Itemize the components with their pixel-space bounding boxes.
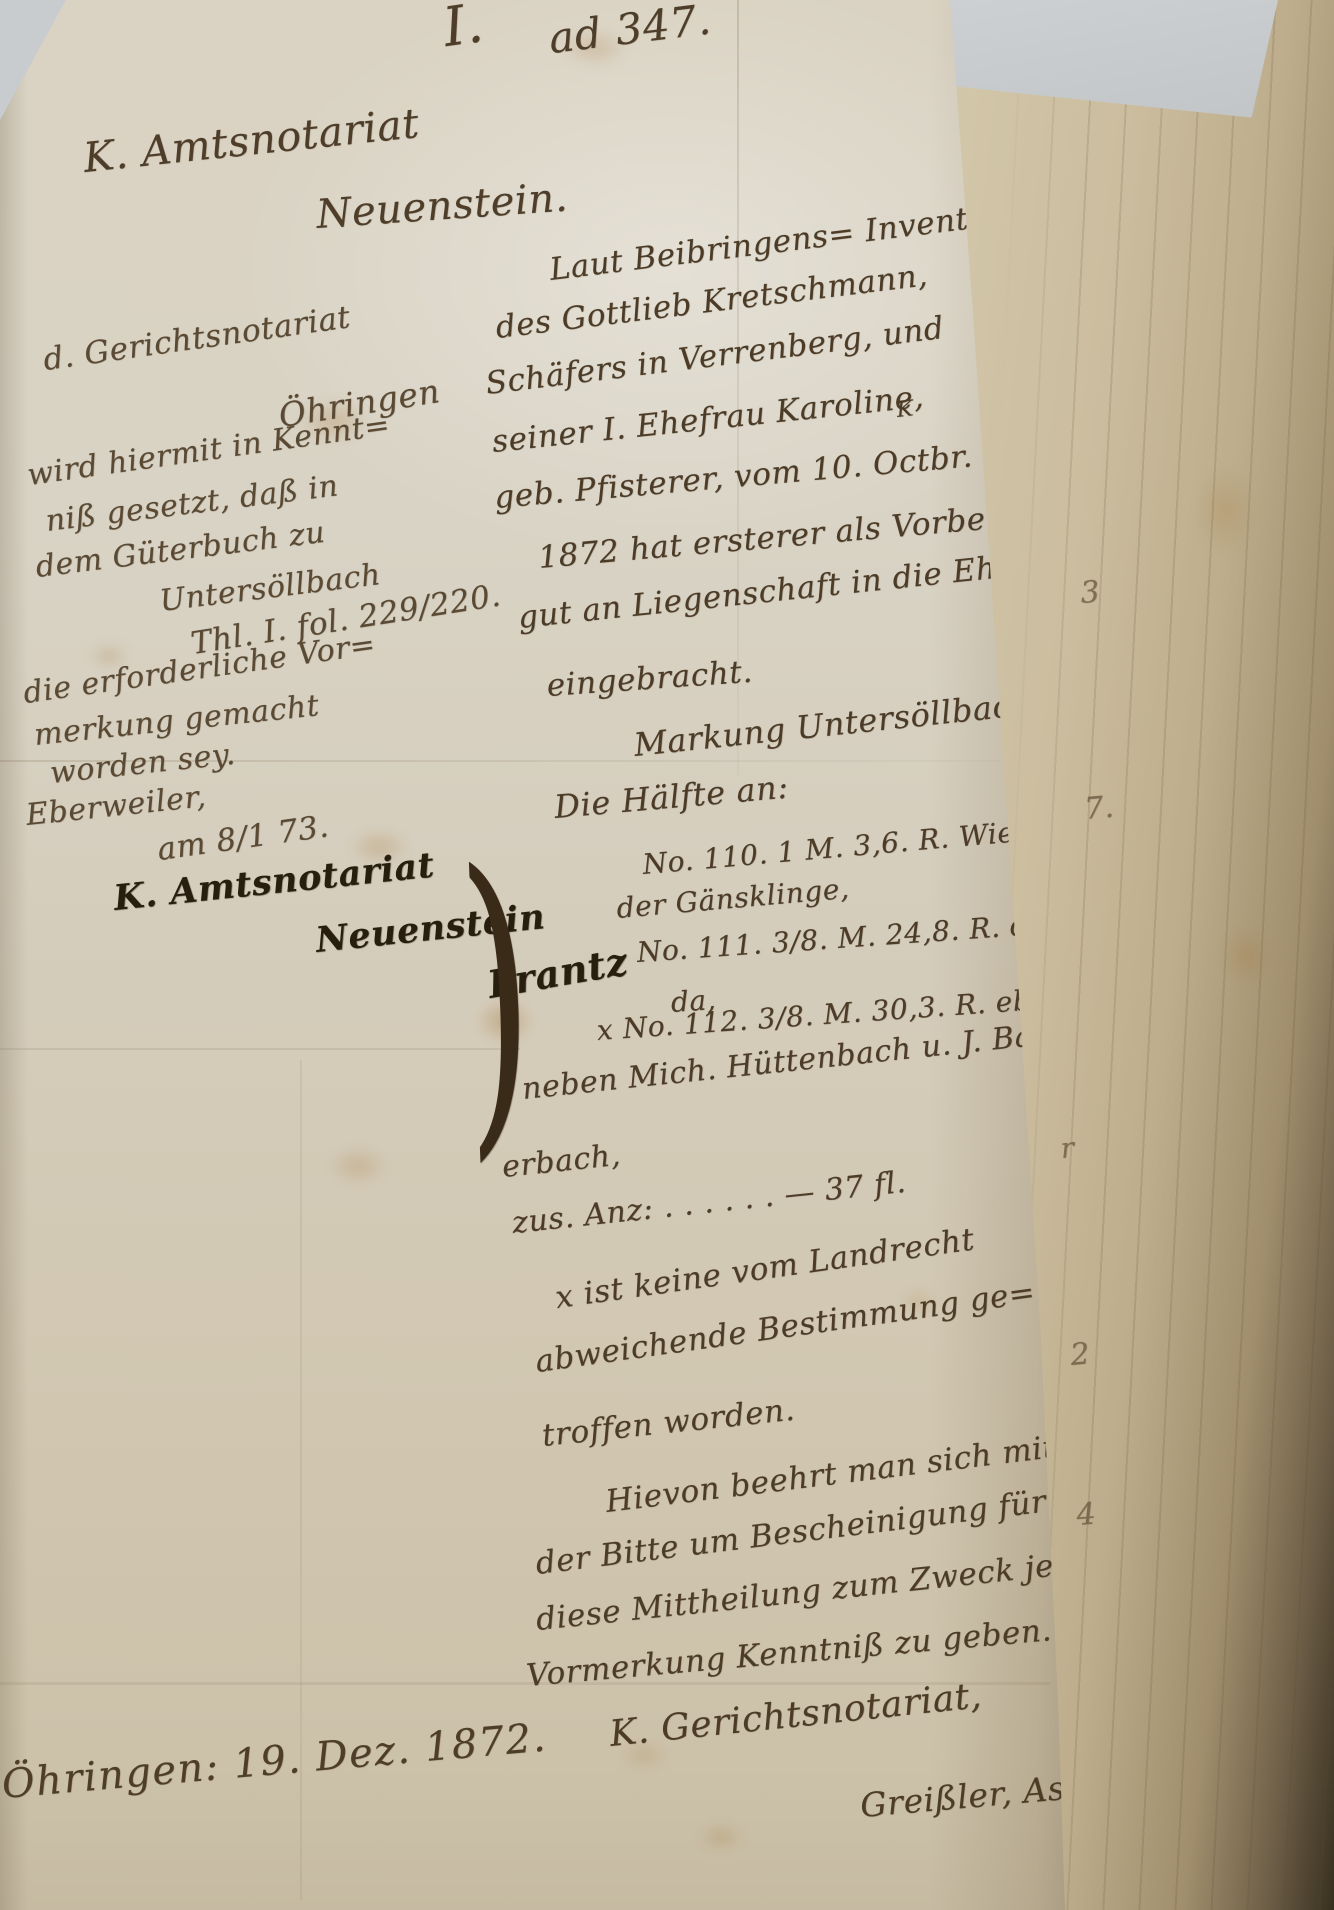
date-line: Öhringen: 19. Dez. 1872.	[0, 1715, 548, 1808]
filing-number: ad 347.	[546, 0, 714, 63]
right-line: Markung Untersöllbach:	[632, 683, 1045, 764]
handwriting-layer: I. ad 347. K. Amtsnotariat Neuenstein. d…	[0, 0, 1080, 1910]
filing-mark: I.	[439, 0, 487, 59]
edge-mark: 3	[1079, 574, 1102, 611]
right-line: Die Hälfte an:	[553, 768, 790, 826]
right-line: troffen worden.	[540, 1392, 796, 1454]
edge-mark: 2	[1069, 1336, 1092, 1373]
right-line: eingebracht.	[545, 654, 753, 704]
paper-stain	[1195, 465, 1255, 557]
paper-stain	[1220, 925, 1272, 987]
edge-mark: r	[1059, 1131, 1076, 1165]
left-line: d. Gerichtsnotariat	[41, 299, 353, 378]
edge-mark: 4	[1075, 1496, 1098, 1533]
edge-mark: 7.	[1083, 790, 1116, 827]
annotation-superscript: K	[895, 396, 915, 423]
sender-place: Neuenstein.	[315, 175, 570, 238]
sender-office: K. Amtsnotariat	[81, 99, 422, 182]
ink-brace-stroke: )	[455, 826, 538, 1164]
photo-of-document: I. ad 347. K. Amtsnotariat Neuenstein. d…	[0, 0, 1334, 1910]
closing-office: K. Gerichtsnotariat,	[608, 1675, 984, 1755]
